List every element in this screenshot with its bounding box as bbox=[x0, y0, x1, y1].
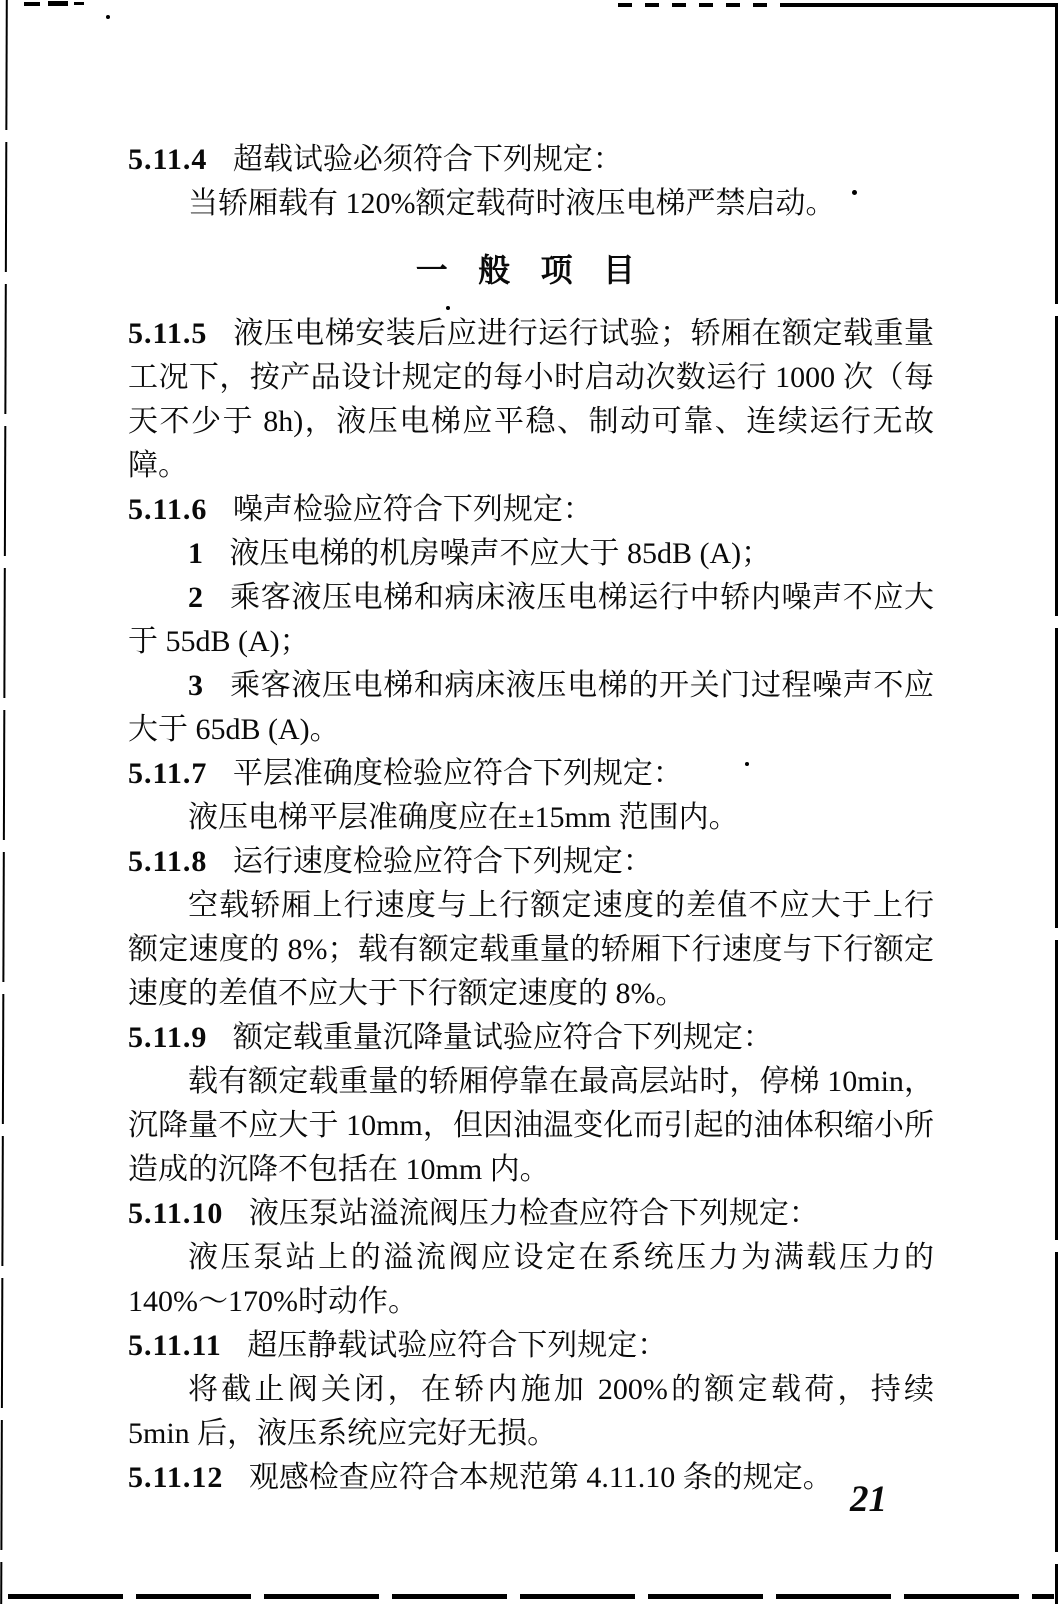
scanned-document-page: 5.11.4超载试验必须符合下列规定：当轿厢载有 120%额定载荷时液压电梯严禁… bbox=[0, 0, 1060, 1604]
scan-artifact-bottom-line bbox=[8, 1594, 1054, 1599]
paragraph-text: 噪声检验应符合下列规定： bbox=[233, 493, 593, 526]
clause-paragraph: 5.11.11超压静载试验应符合下列规定： bbox=[128, 1324, 934, 1368]
clause-number: 5.11.4 bbox=[128, 143, 207, 176]
body-paragraph: 空载轿厢上行速度与上行额定速度的差值不应大于上行额定速度的 8%；载有额定载重量… bbox=[128, 884, 934, 1016]
clause-paragraph: 5.11.6噪声检验应符合下列规定： bbox=[128, 488, 934, 532]
paragraph-text: 超压静载试验应符合下列规定： bbox=[247, 1329, 667, 1362]
scan-artifact-top-left-mark bbox=[74, 2, 84, 5]
paragraph-text: 超载试验必须符合下列规定： bbox=[233, 143, 623, 176]
list-item: 3乘客液压电梯和病床液压电梯的开关门过程噪声不应大于 65dB (A)。 bbox=[128, 664, 934, 752]
clause-paragraph: 5.11.8运行速度检验应符合下列规定： bbox=[128, 840, 934, 884]
scan-artifact-top-right-line bbox=[788, 3, 1058, 7]
scan-artifact-top-right-dashes bbox=[618, 3, 790, 7]
clause-paragraph: 5.11.4超载试验必须符合下列规定： bbox=[128, 138, 934, 182]
paragraph-text: 额定载重量沉降量试验应符合下列规定： bbox=[233, 1021, 773, 1054]
page-number: 21 bbox=[850, 1478, 887, 1521]
clause-number: 5.11.11 bbox=[128, 1329, 222, 1362]
document-body: 5.11.4超载试验必须符合下列规定：当轿厢载有 120%额定载荷时液压电梯严禁… bbox=[128, 138, 934, 1500]
section-heading: 一 般 项 目 bbox=[128, 248, 934, 292]
section-heading-text: 一 般 项 目 bbox=[416, 252, 646, 288]
body-paragraph: 当轿厢载有 120%额定载荷时液压电梯严禁启动。 bbox=[128, 182, 934, 226]
paragraph-text: 空载轿厢上行速度与上行额定速度的差值不应大于上行额定速度的 8%；载有额定载重量… bbox=[128, 889, 934, 1010]
scan-artifact-left-edge bbox=[0, 0, 8, 1604]
paragraph-text: 观感检查应符合本规范第 4.11.10 条的规定。 bbox=[249, 1461, 833, 1494]
clause-paragraph: 5.11.12观感检查应符合本规范第 4.11.10 条的规定。 bbox=[128, 1456, 934, 1500]
list-item: 1液压电梯的机房噪声不应大于 85dB (A)； bbox=[128, 532, 934, 576]
clause-paragraph: 5.11.7平层准确度检验应符合下列规定： bbox=[128, 752, 934, 796]
paragraph-text: 将截止阀关闭，在轿内施加 200%的额定载荷，持续 5min 后，液压系统应完好… bbox=[128, 1373, 934, 1450]
body-paragraph: 载有额定载重量的轿厢停靠在最高层站时，停梯 10min，沉降量不应大于 10mm… bbox=[128, 1060, 934, 1192]
paragraph-text: 当轿厢载有 120%额定载荷时液压电梯严禁启动。 bbox=[188, 187, 836, 220]
paragraph-text: 液压电梯平层准确度应在±15mm 范围内。 bbox=[188, 801, 739, 834]
item-number: 3 bbox=[188, 669, 204, 702]
scan-artifact-right-edge bbox=[1055, 4, 1058, 1604]
item-number: 2 bbox=[188, 581, 204, 614]
item-number: 1 bbox=[188, 537, 204, 570]
clause-number: 5.11.5 bbox=[128, 317, 207, 350]
clause-number: 5.11.12 bbox=[128, 1461, 223, 1494]
clause-paragraph: 5.11.9额定载重量沉降量试验应符合下列规定： bbox=[128, 1016, 934, 1060]
paragraph-text: 乘客液压电梯和病床液压电梯的开关门过程噪声不应大于 65dB (A)。 bbox=[128, 669, 934, 746]
paragraph-text: 载有额定载重量的轿厢停靠在最高层站时，停梯 10min，沉降量不应大于 10mm… bbox=[128, 1065, 934, 1186]
body-paragraph: 液压电梯平层准确度应在±15mm 范围内。 bbox=[128, 796, 934, 840]
paragraph-text: 液压电梯的机房噪声不应大于 85dB (A)； bbox=[230, 537, 772, 570]
clause-number: 5.11.7 bbox=[128, 757, 207, 790]
clause-number: 5.11.9 bbox=[128, 1021, 207, 1054]
clause-number: 5.11.6 bbox=[128, 493, 207, 526]
paragraph-text: 平层准确度检验应符合下列规定： bbox=[233, 757, 683, 790]
clause-number: 5.11.10 bbox=[128, 1197, 223, 1230]
clause-paragraph: 5.11.5液压电梯安装后应进行运行试验；轿厢在额定载重量工况下，按产品设计规定… bbox=[128, 312, 934, 488]
scan-artifact-top-left-mark bbox=[48, 1, 68, 6]
body-paragraph: 液压泵站上的溢流阀应设定在系统压力为满载压力的 140%～170%时动作。 bbox=[128, 1236, 934, 1324]
clause-number: 5.11.8 bbox=[128, 845, 207, 878]
clause-paragraph: 5.11.10液压泵站溢流阀压力检查应符合下列规定： bbox=[128, 1192, 934, 1236]
paragraph-text: 液压电梯安装后应进行运行试验；轿厢在额定载重量工况下，按产品设计规定的每小时启动… bbox=[128, 317, 934, 482]
paragraph-text: 液压泵站溢流阀压力检查应符合下列规定： bbox=[249, 1197, 819, 1230]
list-item: 2乘客液压电梯和病床液压电梯运行中轿内噪声不应大于 55dB (A)； bbox=[128, 576, 934, 664]
scan-speck bbox=[106, 15, 110, 19]
body-paragraph: 将截止阀关闭，在轿内施加 200%的额定载荷，持续 5min 后，液压系统应完好… bbox=[128, 1368, 934, 1456]
scan-artifact-top-left-mark bbox=[24, 2, 40, 6]
paragraph-text: 液压泵站上的溢流阀应设定在系统压力为满载压力的 140%～170%时动作。 bbox=[128, 1241, 934, 1318]
paragraph-text: 运行速度检验应符合下列规定： bbox=[233, 845, 653, 878]
paragraph-text: 乘客液压电梯和病床液压电梯运行中轿内噪声不应大于 55dB (A)； bbox=[128, 581, 934, 658]
